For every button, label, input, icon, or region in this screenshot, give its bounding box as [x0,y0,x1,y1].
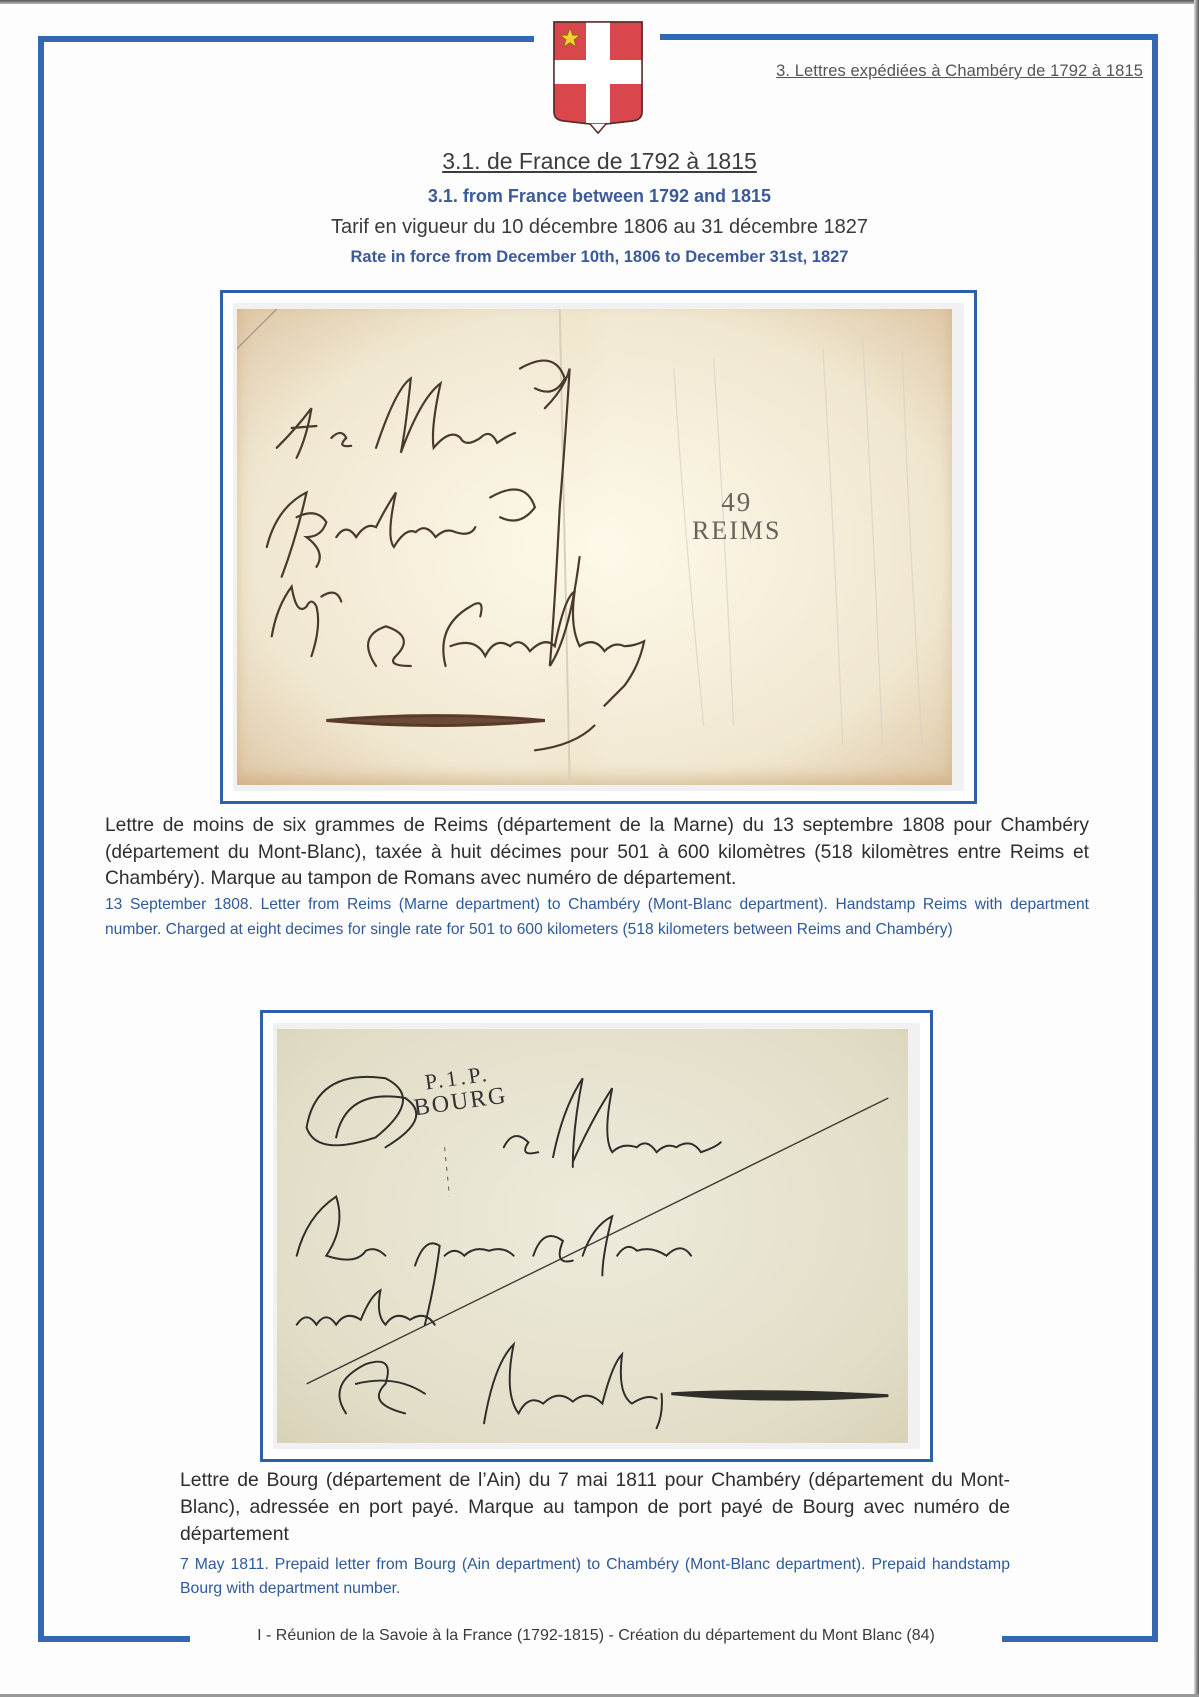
letter-cover: P.1.P. BOURG [277,1029,908,1443]
letter-caption-english: 13 September 1808. Letter from Reims (Ma… [105,893,1089,942]
section-reference: 3. Lettres expédiées à Chambéry de 1792 … [776,62,1143,81]
page-title-english: 3.1. from France between 1792 and 1815 [0,186,1199,207]
postmark-reims: 49 REIMS [692,489,781,544]
letter-image-bourg: P.1.P. BOURG [260,1010,933,1462]
page-frame-left [38,36,44,1642]
page-frame-top-right [660,34,1158,40]
letter-image-reims: 49 REIMS [220,290,977,804]
page-frame-top-left [38,36,534,42]
handwriting-address [277,1029,908,1443]
page-frame-bottom-left [38,1636,190,1642]
savoy-coat-of-arms-icon [552,20,644,135]
rate-period: Tarif en vigueur du 10 décembre 1806 au … [0,216,1199,239]
page-frame-right [1152,34,1158,1642]
page-footer: I - Réunion de la Savoie à la France (17… [190,1627,1002,1645]
page-frame-bottom-right [1002,1636,1158,1642]
rate-period-english: Rate in force from December 10th, 1806 t… [0,248,1199,267]
handwriting-address [237,309,952,785]
letter-cover: 49 REIMS [237,309,952,785]
letter-caption-french: Lettre de Bourg (département de l’Ain) d… [180,1467,1010,1548]
page-title: 3.1. de France de 1792 à 1815 [0,148,1199,175]
letter-caption-english: 7 May 1811. Prepaid letter from Bourg (A… [180,1553,1010,1601]
scan-edge-top [0,0,1199,4]
letter-caption-french: Lettre de moins de six grammes de Reims … [105,813,1089,893]
